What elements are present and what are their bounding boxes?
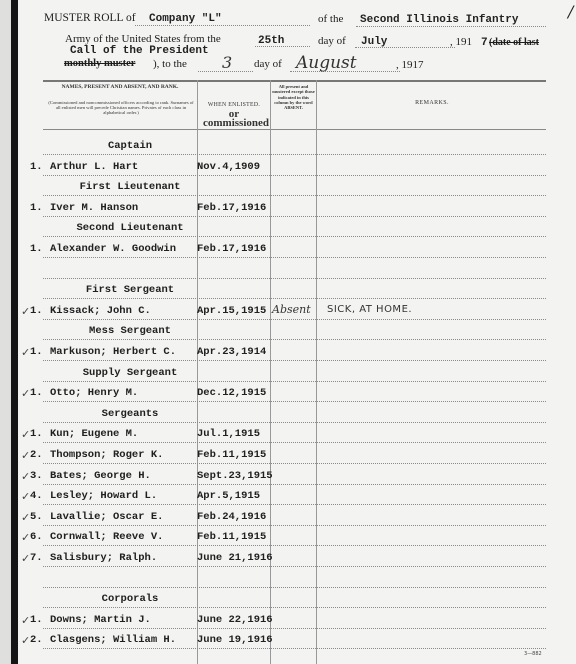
struck-date-of-last: (date of last bbox=[489, 37, 539, 48]
enlisted-date: Jul.1,1915 bbox=[197, 428, 260, 440]
row-rule bbox=[43, 175, 546, 176]
row-rule bbox=[43, 257, 546, 258]
column-divider-enlisted bbox=[270, 80, 271, 664]
row-number: 7. bbox=[30, 552, 43, 564]
from-day-value: 25th bbox=[258, 35, 284, 47]
enlisted-date: Sept.23,1915 bbox=[197, 470, 273, 482]
row-rule bbox=[43, 648, 546, 649]
day-of-label: day of bbox=[318, 35, 346, 47]
form-number: 3—882 bbox=[524, 651, 542, 657]
checkmark-icon: ✓ bbox=[21, 614, 30, 627]
row-rule bbox=[43, 154, 546, 155]
person-name: Markuson; Herbert C. bbox=[50, 346, 176, 358]
rank-heading: Second Lieutenant bbox=[76, 222, 183, 234]
row-number: 1. bbox=[30, 428, 43, 440]
muster-roll-label: MUSTER ROLL of bbox=[44, 12, 136, 24]
row-rule bbox=[43, 422, 546, 423]
row-rule bbox=[43, 216, 546, 217]
column-divider-absent bbox=[316, 80, 317, 664]
regiment-value: Second Illinois Infantry bbox=[360, 14, 518, 26]
to-the-label: ), to the bbox=[153, 58, 187, 70]
rank-heading: Supply Sergeant bbox=[83, 367, 178, 379]
row-rule bbox=[43, 381, 546, 382]
rank-heading: Corporals bbox=[102, 593, 159, 605]
row-rule bbox=[43, 525, 546, 526]
struck-monthly-muster: monthly muster bbox=[64, 58, 135, 69]
from-year-suffix: 7 bbox=[481, 37, 488, 49]
row-rule bbox=[43, 360, 546, 361]
enlisted-date: Feb.17,1916 bbox=[197, 243, 266, 255]
enlisted-date: June 19,1916 bbox=[197, 634, 273, 646]
row-number: 2. bbox=[30, 634, 43, 646]
row-rule bbox=[43, 401, 546, 402]
rank-heading: Sergeants bbox=[102, 408, 159, 420]
person-name: Lavallie; Oscar E. bbox=[50, 511, 163, 523]
row-rule bbox=[43, 545, 546, 546]
enlisted-date: Dec.12,1915 bbox=[197, 387, 266, 399]
person-name: Kissack; John C. bbox=[50, 305, 151, 317]
enlisted-date: Apr.5,1915 bbox=[197, 490, 260, 502]
row-rule bbox=[43, 319, 546, 320]
row-rule bbox=[43, 566, 546, 567]
rank-heading: Captain bbox=[108, 140, 152, 152]
person-name: Bates; George H. bbox=[50, 470, 151, 482]
scan-border bbox=[11, 0, 18, 664]
enlisted-date: June 21,1916 bbox=[197, 552, 273, 564]
person-name: Clasgens; William H. bbox=[50, 634, 176, 646]
army-line-label: Army of the United States from the bbox=[65, 33, 221, 45]
person-name: Iver M. Hanson bbox=[50, 202, 138, 214]
person-name: Alexander W. Goodwin bbox=[50, 243, 176, 255]
person-name: Downs; Martin J. bbox=[50, 614, 151, 626]
person-name: Otto; Henry M. bbox=[50, 387, 138, 399]
row-rule bbox=[43, 484, 546, 485]
row-rule bbox=[43, 504, 546, 505]
to-year: , 1917 bbox=[396, 59, 424, 71]
row-number: 1. bbox=[30, 614, 43, 626]
company-line bbox=[135, 25, 310, 26]
row-rule bbox=[43, 628, 546, 629]
from-month-value: July bbox=[361, 36, 387, 48]
checkmark-icon: ✓ bbox=[21, 346, 30, 359]
row-rule bbox=[43, 236, 546, 237]
table-top-rule bbox=[43, 80, 546, 82]
rank-heading: Mess Sergeant bbox=[89, 325, 171, 337]
row-number: 1. bbox=[30, 202, 43, 214]
to-day-handwritten: 3 bbox=[222, 53, 232, 72]
regiment-line bbox=[356, 26, 546, 27]
checkmark-icon: ✓ bbox=[21, 449, 30, 462]
row-number: 4. bbox=[30, 490, 43, 502]
person-name: Salisbury; Ralph. bbox=[50, 552, 157, 564]
checkmark-icon: ✓ bbox=[21, 552, 30, 565]
checkmark-icon: ✓ bbox=[21, 305, 30, 318]
rank-heading: First Sergeant bbox=[86, 284, 174, 296]
names-column-title: NAMES, PRESENT AND ABSENT, AND RANK. bbox=[50, 84, 190, 90]
names-column-note: (Commissioned and noncommissioned office… bbox=[47, 100, 195, 116]
rank-heading: First Lieutenant bbox=[80, 181, 181, 193]
enlisted-date: Feb.17,1916 bbox=[197, 202, 266, 214]
row-number: 3. bbox=[30, 470, 43, 482]
row-rule bbox=[43, 463, 546, 464]
checkmark-icon: ✓ bbox=[21, 634, 30, 647]
person-name: Lesley; Howard L. bbox=[50, 490, 157, 502]
row-rule bbox=[43, 278, 546, 279]
enlisted-date: Feb.11,1915 bbox=[197, 531, 266, 543]
row-number: 1. bbox=[30, 305, 43, 317]
enlisted-date: Feb.11,1915 bbox=[197, 449, 266, 461]
person-name: Arthur L. Hart bbox=[50, 161, 138, 173]
row-number: 1. bbox=[30, 346, 43, 358]
of-the-label: of the bbox=[318, 13, 343, 25]
absent-column-note: All present and mustered except those in… bbox=[272, 84, 315, 110]
row-number: 1. bbox=[30, 387, 43, 399]
company-value: Company "L" bbox=[149, 13, 222, 25]
row-number: 5. bbox=[30, 511, 43, 523]
row-rule bbox=[43, 298, 546, 299]
checkmark-icon: ✓ bbox=[21, 531, 30, 544]
person-name: Cornwall; Reeve V. bbox=[50, 531, 163, 543]
row-rule bbox=[43, 195, 546, 196]
enlisted-date: Apr.23,1914 bbox=[197, 346, 266, 358]
checkmark-icon: ✓ bbox=[21, 387, 30, 400]
checkmark-icon: ✓ bbox=[21, 511, 30, 524]
row-number: 1. bbox=[30, 243, 43, 255]
from-year-prefix: , 191 bbox=[450, 36, 472, 48]
row-rule bbox=[43, 607, 546, 608]
enlisted-date: Feb.24,1916 bbox=[197, 511, 266, 523]
row-number: 6. bbox=[30, 531, 43, 543]
enlisted-date: Nov.4,1909 bbox=[197, 161, 260, 173]
enlisted-date: Apr.15,1915 bbox=[197, 305, 266, 317]
person-name: Kun; Eugene M. bbox=[50, 428, 138, 440]
table-header-bottom-rule bbox=[43, 129, 546, 130]
row-number: 1. bbox=[30, 161, 43, 173]
day-of-label-2: day of bbox=[254, 58, 282, 70]
row-number: 2. bbox=[30, 449, 43, 461]
absent-mark: Absent bbox=[272, 303, 311, 316]
remark-text: Sick, at home. bbox=[327, 304, 412, 315]
enlisted-column-commissioned: commissioned bbox=[194, 117, 278, 129]
enlisted-date: June 22,1916 bbox=[197, 614, 273, 626]
remarks-column-title: REMARKS. bbox=[318, 100, 546, 106]
checkmark-icon: ✓ bbox=[21, 470, 30, 483]
row-rule bbox=[43, 587, 546, 588]
person-name: Thompson; Roger K. bbox=[50, 449, 163, 461]
checkmark-icon: ✓ bbox=[21, 428, 30, 441]
row-rule bbox=[43, 339, 546, 340]
call-of-president-text: Call of the President bbox=[70, 45, 209, 57]
row-rule bbox=[43, 442, 546, 443]
to-month-handwritten: August bbox=[296, 53, 357, 73]
scan-margin bbox=[0, 0, 11, 664]
page-number-mark: / bbox=[568, 2, 573, 21]
checkmark-icon: ✓ bbox=[21, 490, 30, 503]
